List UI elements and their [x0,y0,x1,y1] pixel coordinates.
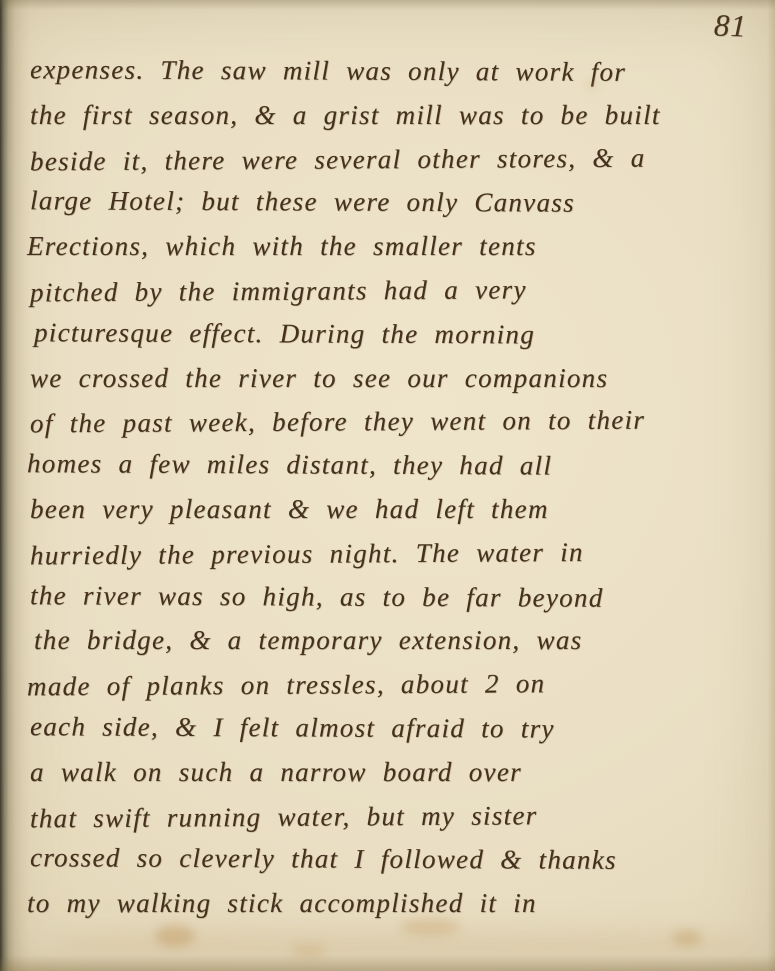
handwritten-line: the bridge, & a temporary extension, was [34,619,775,663]
handwritten-line: that swift running water, but my sister [30,792,775,841]
handwritten-line: to my walking stick accomplished it in [27,882,775,926]
binding-gutter-shadow [0,0,30,971]
handwritten-line: beside it, there were several other stor… [30,135,775,184]
handwritten-text-block: expenses. The saw mill was only at work … [30,50,775,926]
handwritten-line: expenses. The saw mill was only at work … [30,48,775,95]
handwritten-line: we crossed the river to see our companio… [30,357,775,401]
handwritten-line: pitched by the immigrants had a very [30,267,775,316]
handwritten-line: large Hotel; but these were only Canvass [30,180,775,227]
handwritten-line: made of planks on tressles, about 2 on [27,661,775,710]
handwritten-line: crossed so cleverly that I followed & th… [30,837,775,884]
handwritten-line: of the past week, before they went on to… [30,398,775,447]
handwritten-line: been very pleasant & we had left them [30,488,775,532]
handwritten-line: hurriedly the previous night. The water … [30,529,775,578]
handwritten-line: each side, & I felt almost afraid to try [30,705,775,752]
page-bottom-edge-shadow [0,955,775,971]
handwritten-line: Erections, which with the smaller tents [27,225,775,269]
page-top-edge-shadow [0,0,775,10]
handwritten-line: the river was so high, as to be far beyo… [30,574,775,621]
handwritten-line: picturesque effect. During the morning [34,311,775,358]
page-number: 81 [713,7,747,44]
handwritten-line: the first season, & a grist mill was to … [30,94,775,138]
handwritten-line: homes a few miles distant, they had all [27,442,775,489]
handwritten-line: a walk on such a narrow board over [30,751,775,795]
